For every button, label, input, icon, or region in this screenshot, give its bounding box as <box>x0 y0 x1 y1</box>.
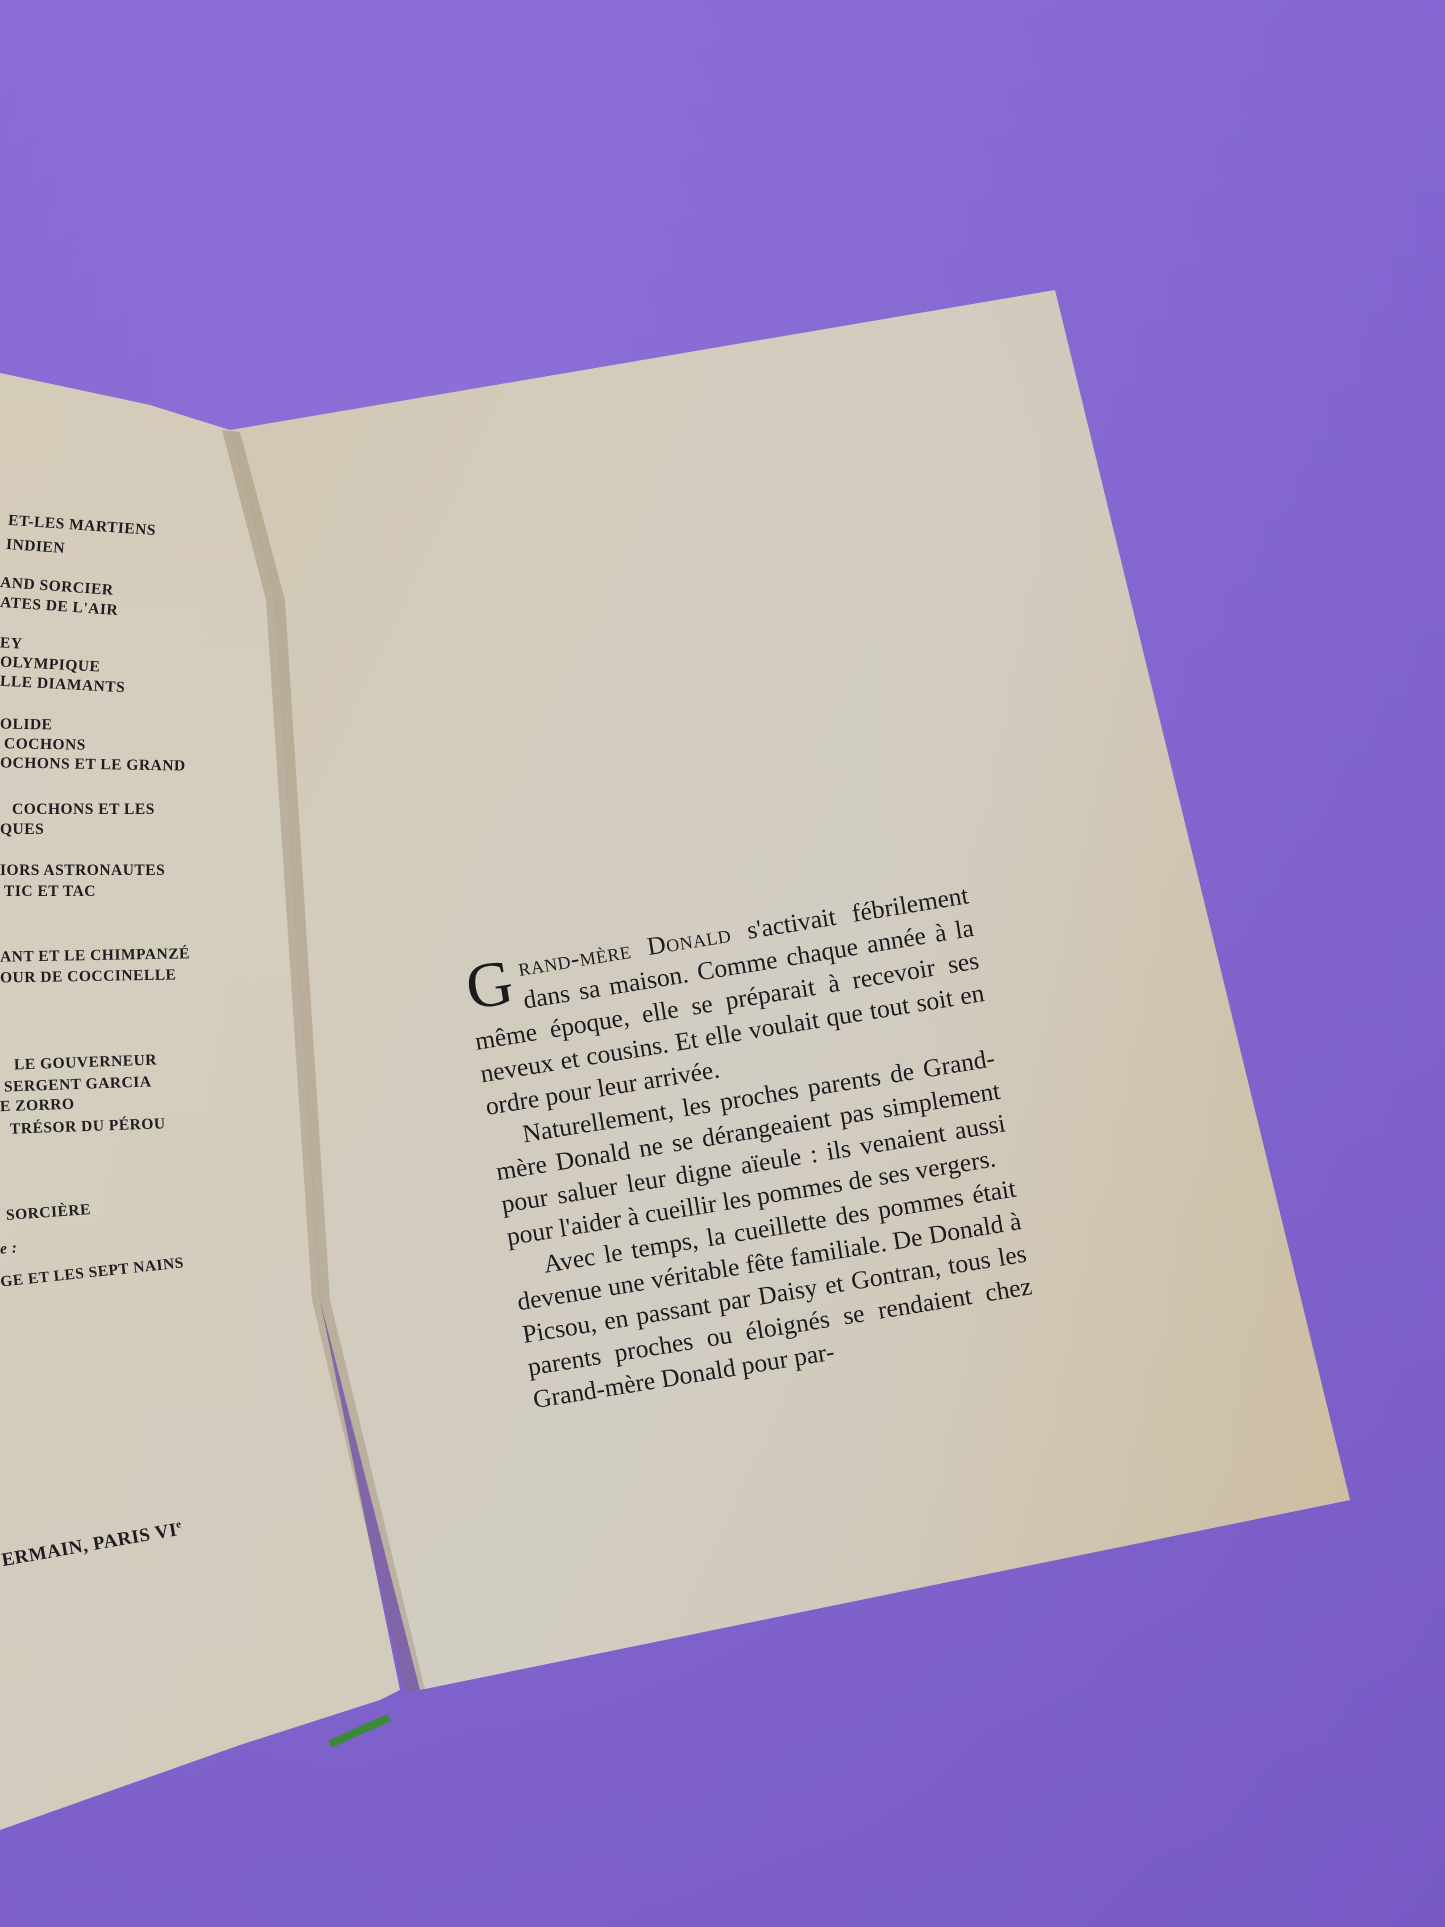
title-list-item: TIC ET TAC <box>4 883 96 901</box>
title-list-item: E ZORRO <box>0 1096 75 1117</box>
title-list-item: e : <box>0 1239 18 1258</box>
title-list-item: OLIDE <box>0 716 53 735</box>
title-list-item: OCHONS ET LE GRAND <box>0 754 186 775</box>
title-list-item: COCHONS ET LES <box>12 801 155 819</box>
title-list-item: IORS ASTRONAUTES <box>0 862 165 880</box>
title-list-item: ANT ET LE CHIMPANZÉ <box>0 945 190 966</box>
drop-cap: G <box>462 955 516 1016</box>
title-list-item: COCHONS <box>4 735 86 754</box>
title-list-item: OUR DE COCCINELLE <box>0 966 177 987</box>
title-list-item: EY <box>0 634 23 653</box>
story-text: Grand-mère Donald s'activait fébrilement… <box>462 878 1039 1416</box>
title-list-item: QUES <box>0 821 44 839</box>
